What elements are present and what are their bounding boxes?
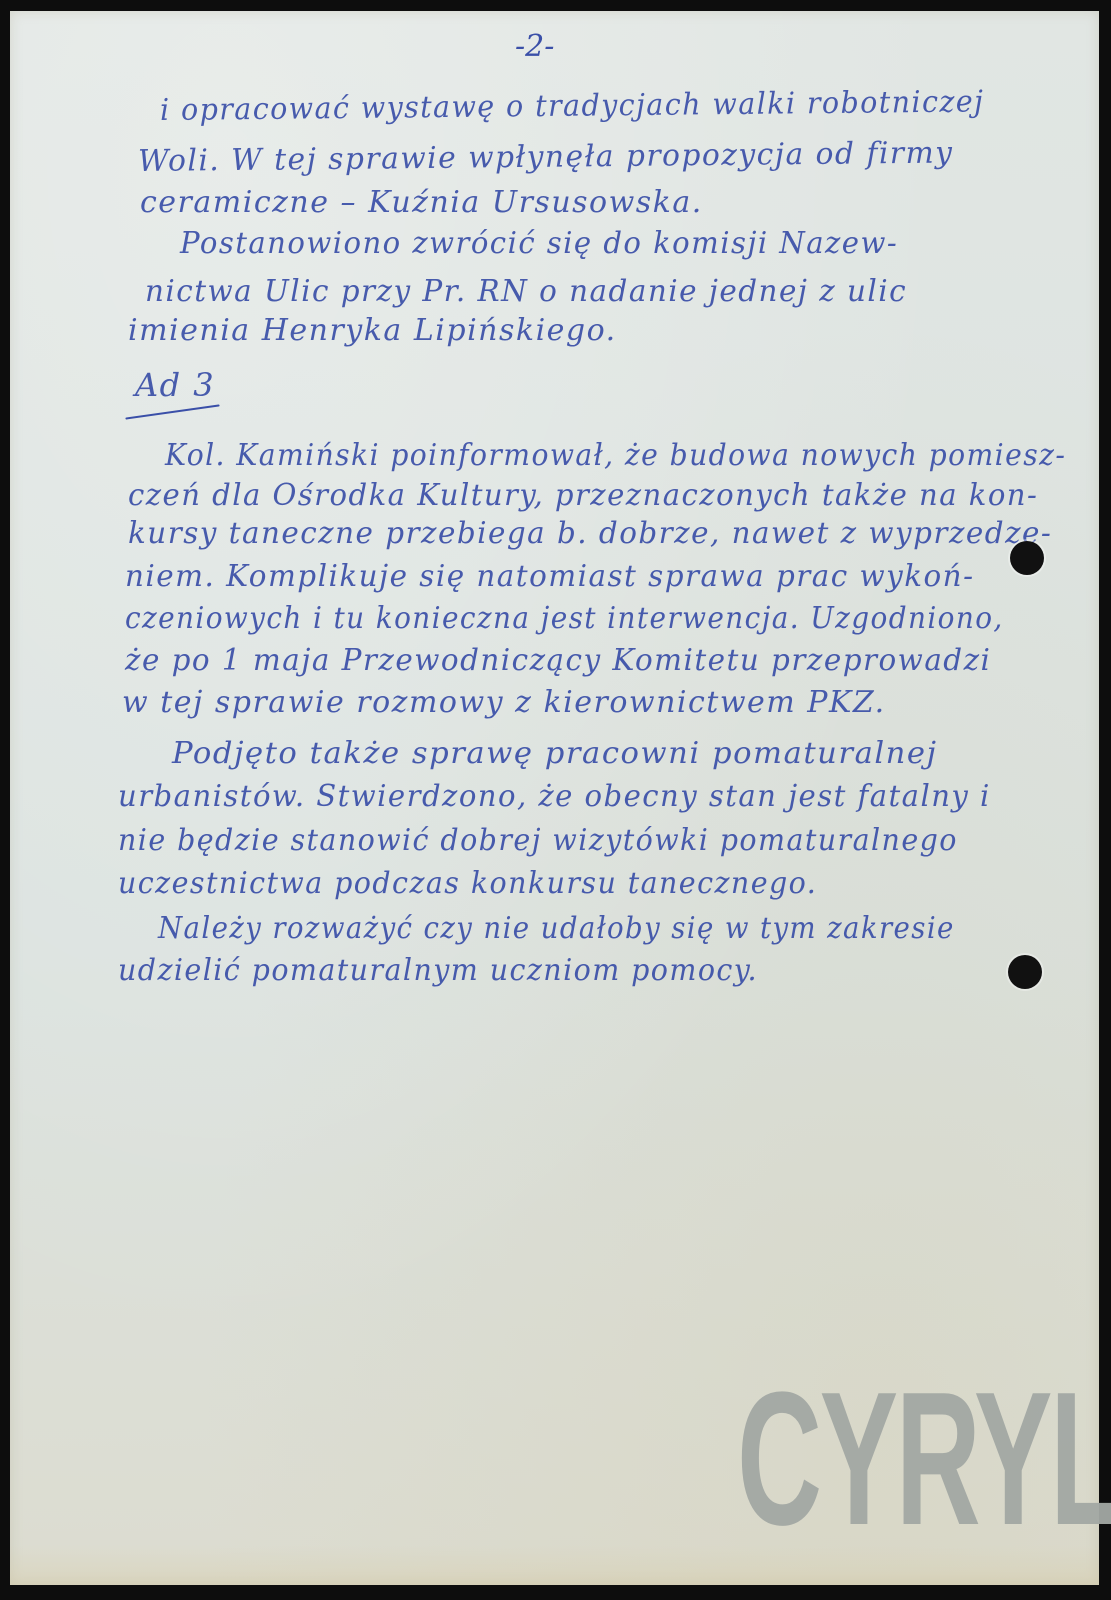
text-line-16: nie będzie stanowić dobrej wizytówki pom… [118,823,958,858]
text-line-12: że po 1 maja Przewodniczący Komitetu prz… [125,643,991,678]
text-line-6: imienia Henryka Lipińskiego. [128,313,617,348]
text-line-13: w tej sprawie rozmowy z kierownictwem PK… [122,685,886,720]
text-line-10: niem. Komplikuje się natomiast sprawa pr… [125,559,975,594]
text-line-15: urbanistów. Stwierdzono, że obecny stan … [118,779,991,814]
text-line-17: uczestnictwa podczas konkursu tanecznego… [118,866,817,901]
page-number: -2- [515,29,554,64]
text-line-4: Postanowiono zwrócić się do komisji Naze… [180,226,898,261]
text-line-9: kursy taneczne przebiega b. dobrze, nawe… [128,516,1052,551]
text-line-2: Woli. W tej sprawie wpłynęła propozycja … [138,135,954,179]
text-line-3: ceramiczne – Kuźnia Ursusowska. [140,185,703,220]
text-line-14: Podjęto także sprawę pracowni pomaturaln… [172,736,938,771]
text-line-7: Kol. Kamiński poinformował, że budowa no… [165,438,1066,473]
text-line-19: udzielić pomaturalnym uczniom pomocy. [118,953,758,988]
text-line-5: nictwa Ulic przy Pr. RN o nadanie jednej… [145,274,907,309]
section-heading-ad3: Ad 3 [135,366,215,404]
text-line-8: czeń dla Ośrodka Kultury, przeznaczonych… [128,478,1038,513]
heading-underline [125,404,219,419]
document-page: -2- i opracować wystawę o tradycjach wal… [10,11,1099,1585]
text-line-1: i opracować wystawę o tradycjach walki r… [160,84,985,128]
punch-hole-top [1010,541,1044,575]
punch-hole-bottom [1008,955,1042,989]
cyryl-watermark-logo: CYRYL [737,1384,1111,1534]
text-line-11: czeniowych i tu konieczna jest interwenc… [125,601,1004,636]
text-line-18: Należy rozważyć czy nie udałoby się w ty… [158,911,955,946]
